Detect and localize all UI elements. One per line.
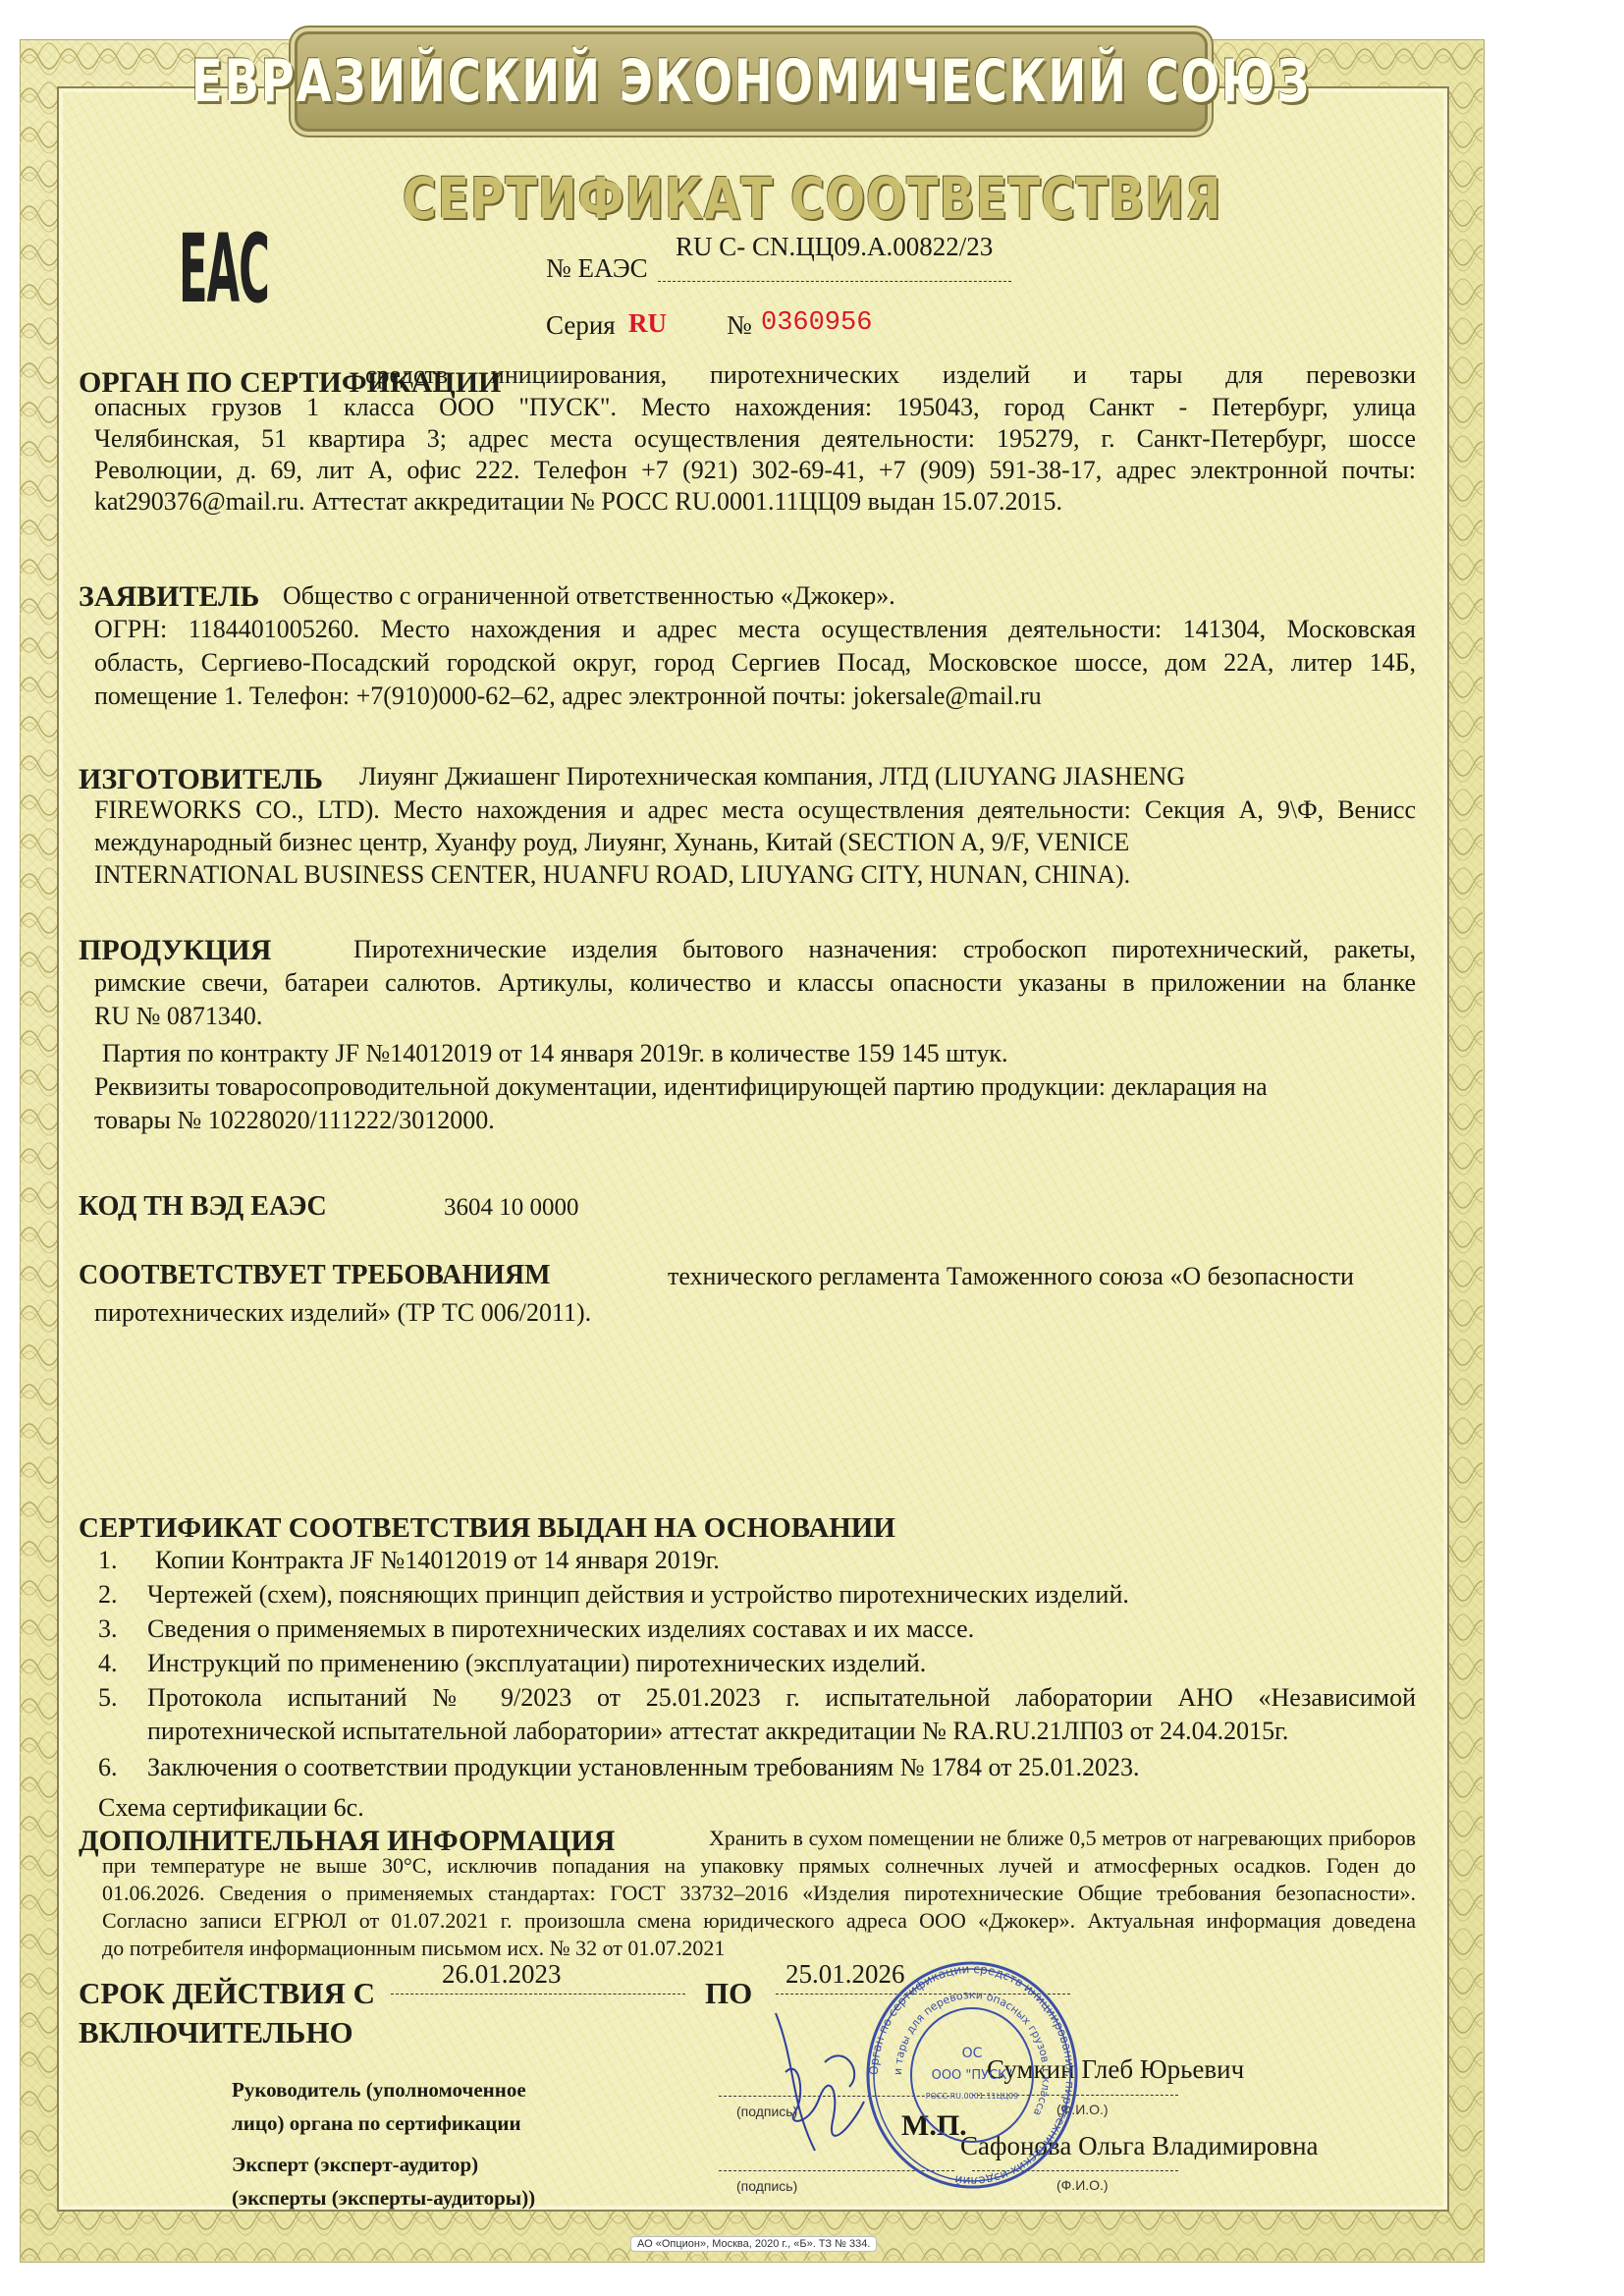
validity-from-label: СРОК ДЕЙСТВИЯ С	[79, 1976, 375, 2011]
product-line: Реквизиты товаросопроводительной докумен…	[94, 1072, 1268, 1102]
union-banner: ЕВРАЗИЙСКИЙ ЭКОНОМИЧЕСКИЙ СОЮЗ	[295, 31, 1208, 132]
document-title: СЕРТИФИКАТ СООТВЕТСТВИЯ	[146, 165, 1478, 232]
basis-item-text: Копии Контракта JF №14012019 от 14 январ…	[155, 1546, 720, 1575]
validity-from-date: 26.01.2023	[442, 1959, 562, 1990]
head-label: Руководитель (уполномоченное	[232, 2078, 526, 2103]
product-line: Партия по контракту JF №14012019 от 14 я…	[102, 1039, 1007, 1068]
certification-scheme: Схема сертификации 6с.	[98, 1793, 364, 1823]
applicant-line: область, Сергиево-Посадский городской ок…	[94, 648, 1416, 678]
manufacturer-label: ИЗГОТОВИТЕЛЬ	[79, 763, 323, 796]
series-value: RU	[628, 308, 667, 339]
validity-inclusive-label: ВКЛЮЧИТЕЛЬНО	[79, 2015, 353, 2050]
basis-item-number: 4.	[98, 1649, 118, 1678]
additional-info-line: при температуре не выше 30°С, исключив п…	[102, 1853, 1416, 1879]
basis-item-text: Протокола испытаний № 9/2023 от 25.01.20…	[147, 1683, 1416, 1713]
basis-item-number: 6.	[98, 1753, 118, 1782]
union-title: ЕВРАЗИЙСКИЙ ЭКОНОМИЧЕСКИЙ СОЮЗ	[191, 47, 1311, 116]
basis-item-text: пиротехнической испытательной лаборатори…	[147, 1717, 1288, 1746]
eaes-number: RU C- CN.ЦЦ09.А.00822/23	[676, 232, 993, 262]
number-label: №	[727, 310, 752, 341]
product-line: товары № 10228020/111222/3012000.	[94, 1106, 495, 1135]
stamp-center-3: РОСС RU.0001.11ЦЦ09	[926, 2092, 1018, 2101]
applicant-line: Общество с ограниченной ответственностью…	[283, 581, 895, 611]
expert-signature-caption: (подпись)	[736, 2178, 797, 2194]
expert-label: Эксперт (эксперт-аудитор)	[232, 2153, 478, 2177]
manufacturer-line: FIREWORKS CO., LTD). Место нахождения и …	[94, 795, 1416, 825]
expert-label: (эксперты (эксперты-аудиторы))	[232, 2186, 535, 2211]
head-label: лицо) органа по сертификации	[232, 2111, 521, 2136]
basis-label: СЕРТИФИКАТ СООТВЕТСТВИЯ ВЫДАН НА ОСНОВАН…	[79, 1512, 895, 1545]
basis-item-text: Инструкций по применению (эксплуатации) …	[147, 1649, 926, 1678]
validity-to-label: ПО	[705, 1976, 752, 2011]
basis-item-text: Сведения о применяемых в пиротехнических…	[147, 1614, 974, 1644]
additional-info-line: Хранить в сухом помещении не ближе 0,5 м…	[709, 1826, 1416, 1851]
eac-mark: EAC	[179, 214, 269, 324]
basis-item-text: Чертежей (схем), поясняющих принцип дейс…	[147, 1580, 1129, 1610]
eaes-underline	[658, 281, 1011, 282]
product-line: RU № 0871340.	[94, 1002, 262, 1031]
manufacturer-line: международный бизнес центр, Хуанфу роуд,…	[94, 828, 1129, 857]
tn-ved-value: 3604 10 0000	[444, 1194, 579, 1222]
applicant-line: помещение 1. Телефон: +7(910)000-62–62, …	[94, 682, 1042, 711]
additional-info-line: Согласно записи ЕГРЮЛ от 01.07.2021 г. п…	[102, 1908, 1416, 1934]
certification-body-line: Челябинская, 51 квартира 3; адрес места …	[94, 424, 1416, 454]
applicant-line: ОГРН: 1184401005260. Место нахождения и …	[94, 615, 1416, 644]
basis-item-text: Заключения о соответствии продукции уста…	[147, 1753, 1140, 1782]
manufacturer-line: Лиуянг Джиашенг Пиротехническая компания…	[359, 762, 1185, 792]
basis-item-number: 2.	[98, 1580, 118, 1610]
certification-body-line: опасных грузов 1 класса ООО "ПУСК". Мест…	[94, 393, 1416, 422]
tn-ved-label: КОД ТН ВЭД ЕАЭС	[79, 1191, 327, 1223]
product-label: ПРОДУКЦИЯ	[79, 934, 271, 967]
basis-item-number: 3.	[98, 1614, 118, 1644]
compliance-line: пиротехнических изделий» (ТР ТС 006/2011…	[94, 1298, 591, 1328]
product-line: Пиротехнические изделия бытового назначе…	[353, 935, 1416, 964]
additional-info-line: до потребителя информационным письмом ис…	[102, 1936, 725, 1961]
product-line: римские свечи, батареи салютов. Артикулы…	[94, 968, 1416, 998]
printer-imprint: АО «Опцион», Москва, 2020 г., «Б». ТЗ № …	[630, 2236, 877, 2252]
applicant-label: ЗАЯВИТЕЛЬ	[79, 580, 259, 614]
validity-from-underline	[391, 1994, 685, 1995]
basis-item-number: 5.	[98, 1683, 118, 1713]
compliance-line: технического регламента Таможенного союз…	[668, 1262, 1354, 1291]
certification-body-line: средств инициирования, пиротехнических и…	[365, 360, 1416, 390]
manufacturer-line: INTERNATIONAL BUSINESS CENTER, HUANFU RO…	[94, 860, 1130, 890]
official-stamp: Орган по сертификации средств инициирова…	[864, 1959, 1080, 2191]
certification-body-line: Революции, д. 69, лит А, офис 222. Телеф…	[94, 456, 1416, 485]
additional-info-line: 01.06.2026. Сведения о применяемых станд…	[102, 1881, 1416, 1906]
stamp-center-2: ООО "ПУСК"	[932, 2068, 1013, 2083]
basis-item-number: 1.	[98, 1546, 118, 1575]
serial-number: 0360956	[761, 308, 872, 338]
eaes-label: № ЕАЭС	[546, 253, 648, 284]
stamp-center-1: ОС	[962, 2046, 983, 2061]
certification-body-line: kat290376@mail.ru. Аттестат аккредитации…	[94, 487, 1062, 517]
compliance-label: СООТВЕТСТВУЕТ ТРЕБОВАНИЯМ	[79, 1260, 551, 1291]
series-label: Серия	[546, 310, 616, 341]
